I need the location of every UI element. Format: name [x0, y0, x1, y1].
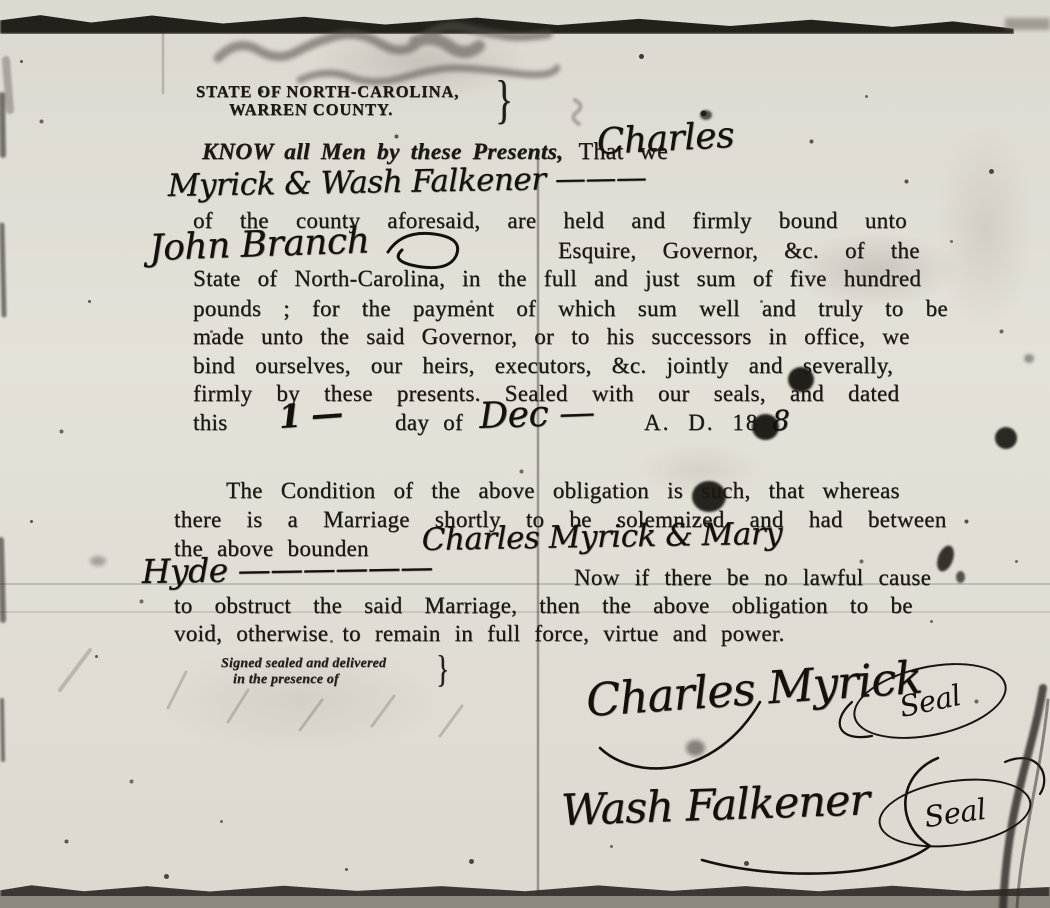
torn-edge-top-fade — [1005, 18, 1050, 30]
handwritten-principal-name: Charles — [596, 115, 735, 163]
handwritten-principal-name-continued: Myrick & Wash Falkener ——— — [167, 160, 646, 204]
governor-paraph-loop — [388, 233, 458, 267]
handwritten-bride-surname: Hyde —————— — [141, 547, 433, 591]
paper-specks — [20, 60, 23, 63]
condition-line-1: The Condition of the above obligation is… — [226, 478, 900, 504]
date-this-label: this — [193, 410, 227, 436]
ink-artwork-layer — [0, 0, 1050, 908]
date-day-of-label: day of — [395, 410, 463, 436]
handwritten-governor-name: John Branch — [149, 220, 370, 269]
ink-blot — [995, 427, 1017, 449]
header-state-line: STATE OF NORTH-CAROLINA, — [196, 82, 459, 102]
condition-line-6: void, otherwise to remain in full force,… — [174, 621, 785, 647]
scan-edge-left-marks — [1, 60, 10, 760]
obligation-line-2: Esquire, Governor, &c. of the — [558, 238, 920, 264]
ink-smudge — [90, 556, 106, 566]
date-ad-label: A. D. 18 — [644, 410, 759, 436]
witness-brace: } — [436, 647, 449, 691]
obligation-line-3: State of North-Carolina, in the full and… — [193, 266, 921, 292]
condition-line-5: to obstruct the said Marriage, then the … — [174, 593, 913, 619]
stray-curl-mark — [573, 100, 580, 124]
ink-smudge — [1024, 354, 1034, 363]
handwritten-year-digit: 8 — [772, 404, 789, 437]
torn-edge-top — [0, 13, 1014, 34]
ink-smudge — [686, 740, 705, 756]
seal-oval-2: Seal — [874, 770, 1036, 857]
condition-line-4: Now if there be no lawful cause — [574, 565, 931, 591]
ink-blot — [934, 543, 957, 574]
obligation-line-4: pounds ; for the payment of which sum we… — [193, 296, 948, 322]
seal-label-2: Seal — [922, 792, 988, 834]
scan-edge-bottom — [0, 896, 1050, 908]
witness-clause-line-2: in the presence of — [233, 672, 339, 688]
small-vertical-crease — [162, 22, 164, 94]
obligation-line-6: bind ourselves, our heirs, executors, &c… — [193, 353, 893, 379]
handwritten-month: Dec — — [479, 392, 596, 437]
marriage-bond-document: STATE OF NORTH-CAROLINA, WARREN COUNTY. … — [0, 0, 1050, 908]
signature-wash-falkener: Wash Falkener — [560, 775, 870, 836]
handwritten-couple-names: Charles Myrick & Mary — [421, 516, 782, 558]
header-county-line: WARREN COUNTY. — [229, 100, 393, 120]
obligation-line-5: made unto the said Governor, or to his s… — [193, 324, 910, 350]
seal-label-1: Seal — [896, 678, 963, 724]
witness-clause-line-1: Signed sealed and delivered — [221, 656, 386, 672]
header-brace: } — [495, 69, 513, 130]
handwritten-day: 1 — — [277, 394, 343, 436]
ink-blot — [956, 571, 965, 583]
